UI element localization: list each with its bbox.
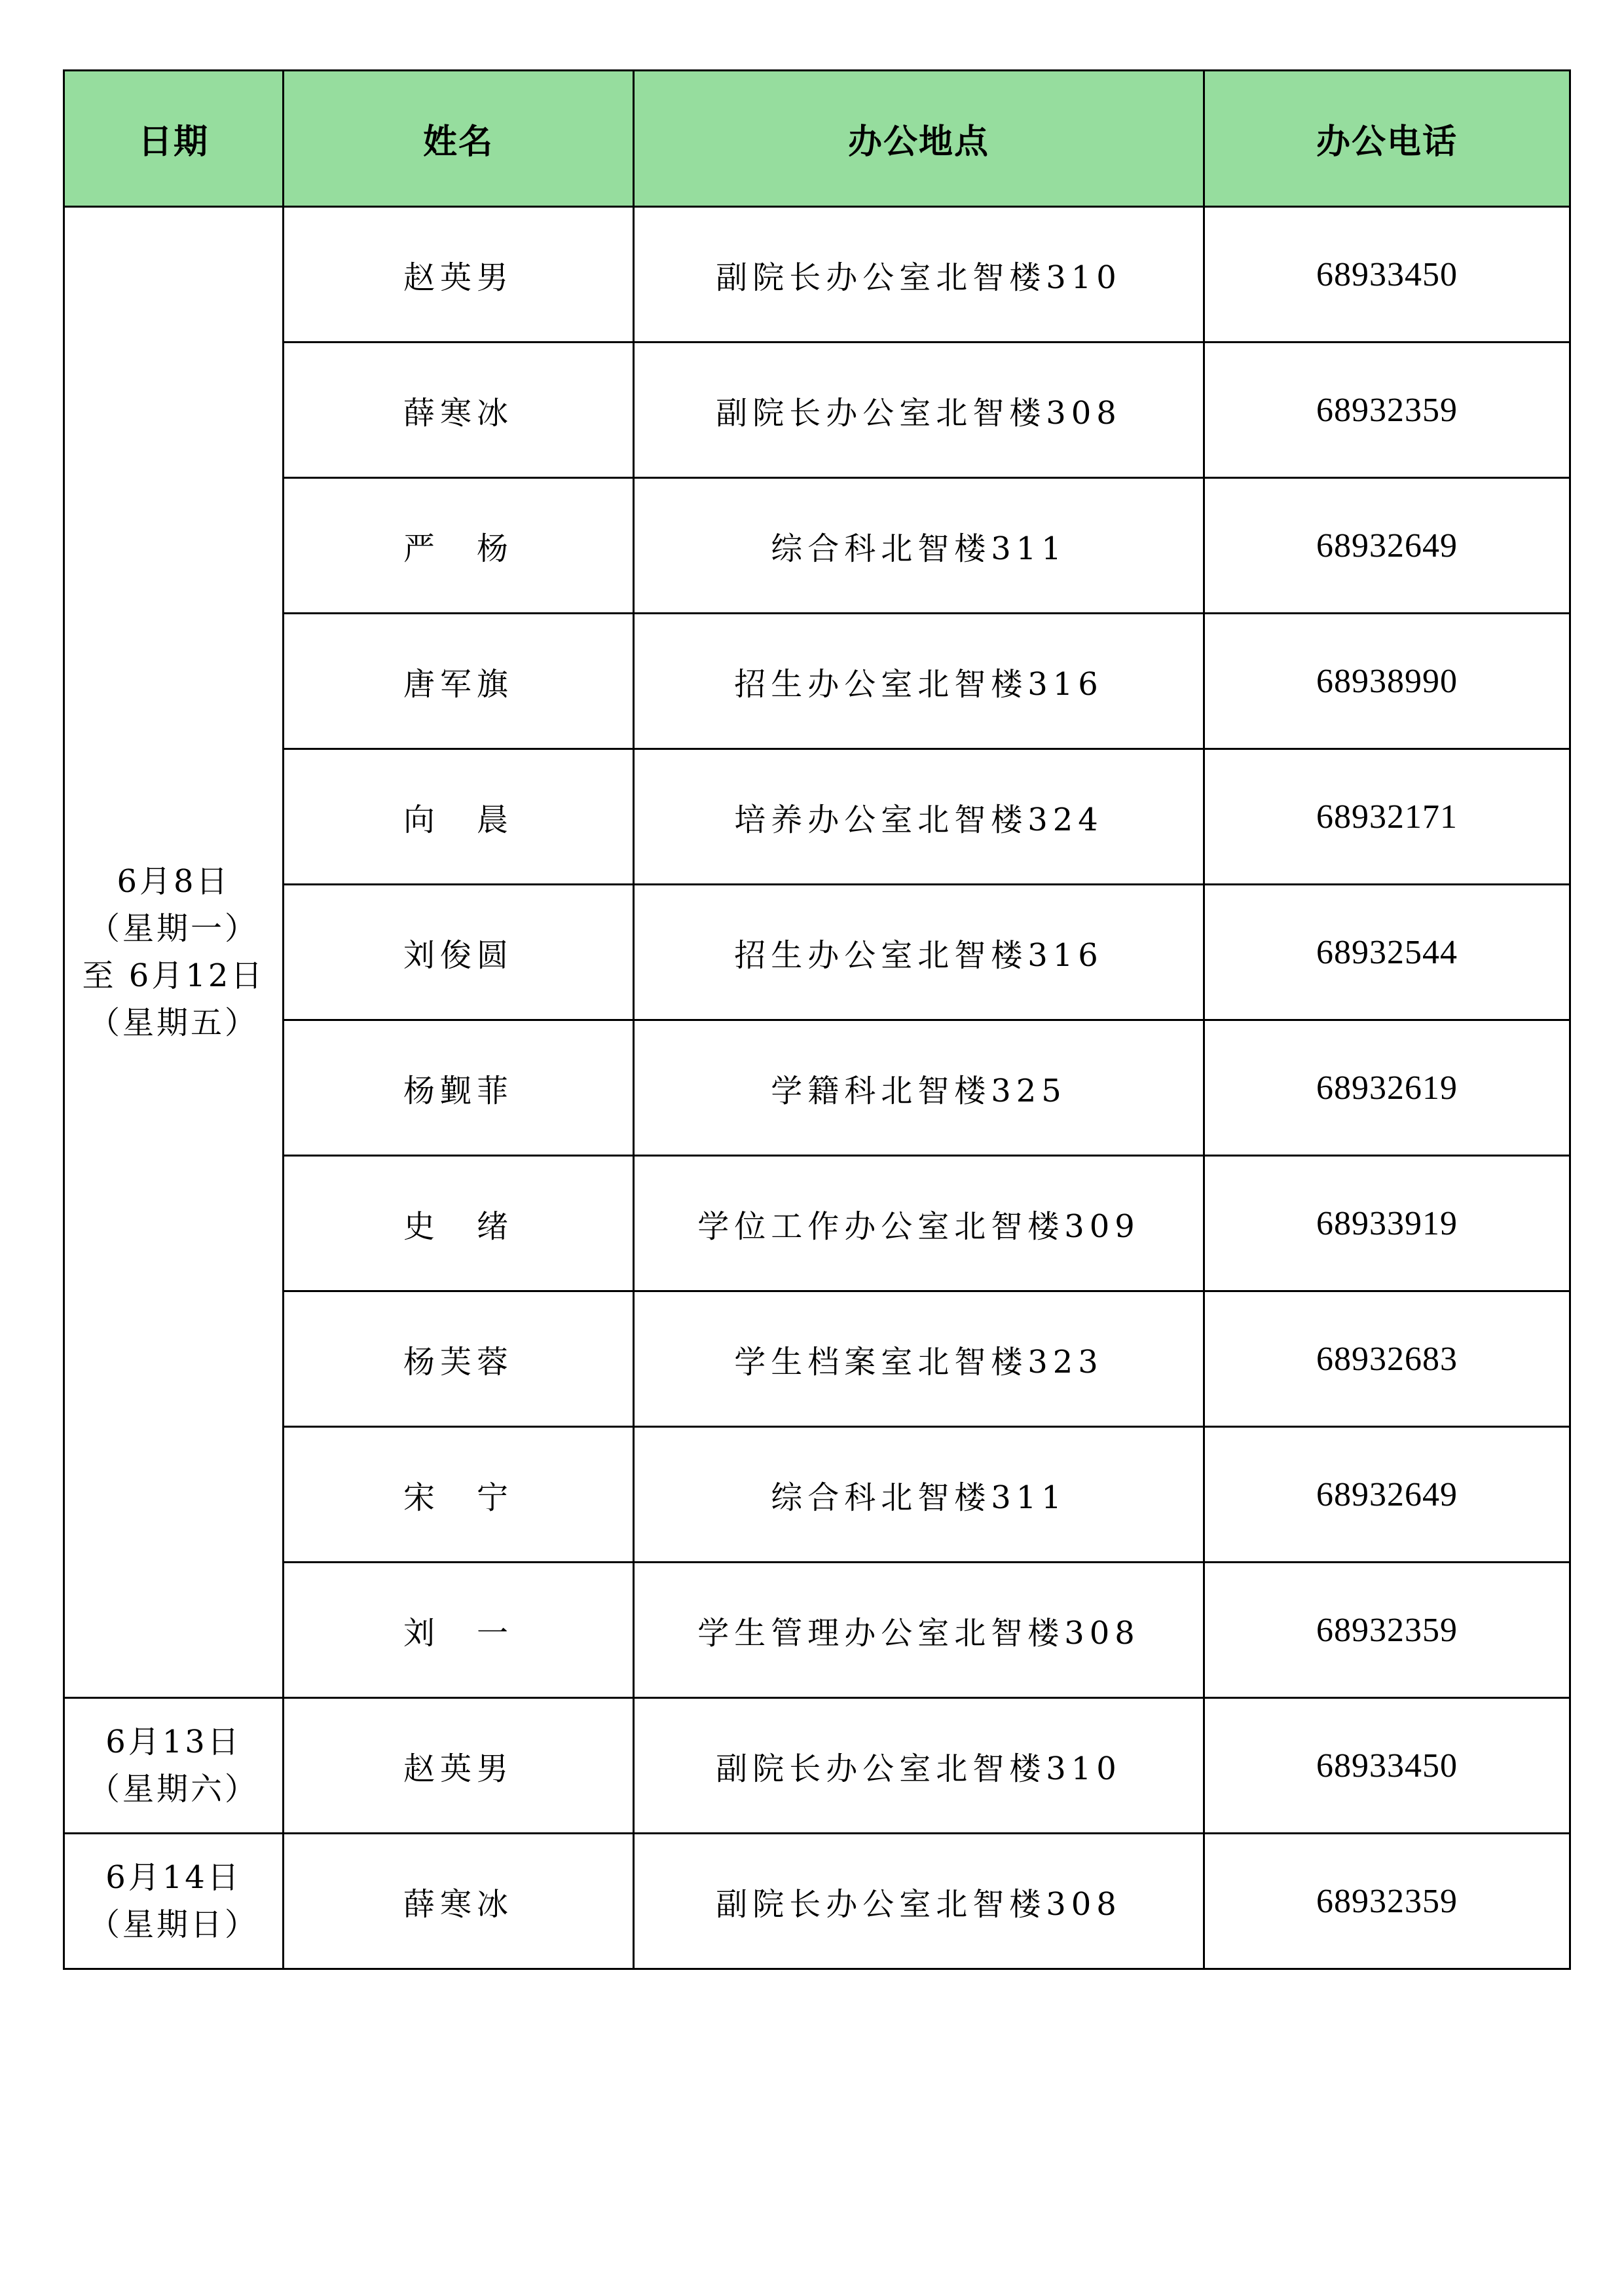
name-cell: 刘俊圆 — [284, 885, 634, 1020]
office-location: 副院长办公室北智楼308 — [716, 395, 1122, 432]
name-cell: 薛寒冰 — [284, 1834, 634, 1969]
phone-cell: 68932619 — [1204, 1020, 1570, 1156]
office-phone: 68932359 — [1316, 1883, 1458, 1920]
office-phone: 68932544 — [1316, 934, 1458, 971]
name-cell: 史 绪 — [284, 1156, 634, 1291]
location-cell: 招生办公室北智楼316 — [634, 885, 1204, 1020]
table-row: 刘 一 学生管理办公室北智楼308 68932359 — [64, 1563, 1570, 1698]
table-row: 6月8日 （星期一） 至 6月12日 （星期五） 赵英男 副院长办公室北智楼31… — [64, 207, 1570, 343]
name-cell: 刘 一 — [284, 1563, 634, 1698]
date-cell: 6月8日 （星期一） 至 6月12日 （星期五） — [64, 207, 284, 1698]
person-name: 薛寒冰 — [403, 1886, 513, 1923]
name-cell: 严 杨 — [284, 478, 634, 614]
name-cell: 宋 宁 — [284, 1427, 634, 1563]
phone-cell: 68938990 — [1204, 614, 1570, 749]
office-phone: 68933450 — [1316, 1747, 1458, 1785]
duty-schedule-table: 日期 姓名 办公地点 办公电话 6月8日 （星期一） 至 6月12日 （星期五）… — [63, 69, 1571, 1970]
location-cell: 副院长办公室北智楼308 — [634, 343, 1204, 478]
table-row: 薛寒冰 副院长办公室北智楼308 68932359 — [64, 343, 1570, 478]
location-cell: 副院长办公室北智楼310 — [634, 1698, 1204, 1834]
office-location: 学生档案室北智楼323 — [734, 1344, 1103, 1380]
person-name: 刘俊圆 — [403, 937, 513, 974]
location-cell: 学位工作办公室北智楼309 — [634, 1156, 1204, 1291]
name-cell: 赵英男 — [284, 207, 634, 343]
header-name: 姓名 — [284, 71, 634, 207]
phone-cell: 68932359 — [1204, 1563, 1570, 1698]
office-phone: 68932683 — [1316, 1341, 1458, 1378]
date-line: （星期一） — [65, 905, 282, 952]
office-phone: 68932171 — [1316, 798, 1458, 836]
office-phone: 68933450 — [1316, 256, 1458, 293]
name-cell: 杨觐菲 — [284, 1020, 634, 1156]
date-line: （星期五） — [65, 999, 282, 1046]
office-phone: 68932649 — [1316, 1476, 1458, 1513]
table-row: 唐军旗 招生办公室北智楼316 68938990 — [64, 614, 1570, 749]
date-line: 6月8日 — [65, 858, 282, 905]
location-cell: 综合科北智楼311 — [634, 1427, 1204, 1563]
office-phone: 68932359 — [1316, 1612, 1458, 1649]
name-cell: 唐军旗 — [284, 614, 634, 749]
table-row: 6月14日 （星期日） 薛寒冰 副院长办公室北智楼308 68932359 — [64, 1834, 1570, 1969]
location-cell: 副院长办公室北智楼310 — [634, 207, 1204, 343]
table-row: 杨芙蓉 学生档案室北智楼323 68932683 — [64, 1291, 1570, 1427]
table-row: 史 绪 学位工作办公室北智楼309 68933919 — [64, 1156, 1570, 1291]
table-row: 宋 宁 综合科北智楼311 68932649 — [64, 1427, 1570, 1563]
office-location: 副院长办公室北智楼308 — [716, 1886, 1122, 1923]
office-location: 综合科北智楼311 — [771, 1479, 1067, 1516]
person-name: 杨觐菲 — [403, 1073, 513, 1109]
location-cell: 副院长办公室北智楼308 — [634, 1834, 1204, 1969]
office-location: 学生管理办公室北智楼308 — [697, 1615, 1140, 1652]
location-cell: 学籍科北智楼325 — [634, 1020, 1204, 1156]
table-row: 6月13日 （星期六） 赵英男 副院长办公室北智楼310 68933450 — [64, 1698, 1570, 1834]
phone-cell: 68932171 — [1204, 749, 1570, 885]
person-name: 史 绪 — [403, 1208, 513, 1245]
location-cell: 学生档案室北智楼323 — [634, 1291, 1204, 1427]
phone-cell: 68933450 — [1204, 207, 1570, 343]
person-name: 赵英男 — [403, 1750, 513, 1787]
location-cell: 学生管理办公室北智楼308 — [634, 1563, 1204, 1698]
office-phone: 68932359 — [1316, 392, 1458, 429]
name-cell: 杨芙蓉 — [284, 1291, 634, 1427]
location-cell: 培养办公室北智楼324 — [634, 749, 1204, 885]
name-cell: 赵英男 — [284, 1698, 634, 1834]
table-header: 日期 姓名 办公地点 办公电话 — [64, 71, 1570, 207]
phone-cell: 68933450 — [1204, 1698, 1570, 1834]
office-location: 招生办公室北智楼316 — [734, 666, 1103, 703]
office-location: 副院长办公室北智楼310 — [716, 259, 1122, 296]
phone-cell: 68932544 — [1204, 885, 1570, 1020]
header-date: 日期 — [64, 71, 284, 207]
phone-cell: 68932683 — [1204, 1291, 1570, 1427]
office-location: 副院长办公室北智楼310 — [716, 1750, 1122, 1787]
table-row: 严 杨 综合科北智楼311 68932649 — [64, 478, 1570, 614]
person-name: 唐军旗 — [403, 666, 513, 703]
date-line: 至 6月12日 — [65, 952, 282, 999]
phone-cell: 68932649 — [1204, 478, 1570, 614]
person-name: 宋 宁 — [403, 1479, 513, 1516]
date-cell: 6月13日 （星期六） — [64, 1698, 284, 1834]
date-line: 6月14日 — [65, 1854, 282, 1901]
date-line: 6月13日 — [65, 1718, 282, 1766]
location-cell: 综合科北智楼311 — [634, 478, 1204, 614]
person-name: 向 晨 — [403, 802, 513, 838]
office-location: 学位工作办公室北智楼309 — [697, 1208, 1140, 1245]
person-name: 杨芙蓉 — [403, 1344, 513, 1380]
person-name: 严 杨 — [403, 530, 513, 567]
office-location: 培养办公室北智楼324 — [734, 802, 1103, 838]
office-location: 学籍科北智楼325 — [771, 1073, 1067, 1109]
phone-cell: 68932649 — [1204, 1427, 1570, 1563]
office-phone: 68932619 — [1316, 1069, 1458, 1107]
phone-cell: 68933919 — [1204, 1156, 1570, 1291]
table-body: 6月8日 （星期一） 至 6月12日 （星期五） 赵英男 副院长办公室北智楼31… — [64, 207, 1570, 1969]
date-line: （星期日） — [65, 1901, 282, 1948]
office-phone: 68933919 — [1316, 1205, 1458, 1242]
location-cell: 招生办公室北智楼316 — [634, 614, 1204, 749]
table-row: 向 晨 培养办公室北智楼324 68932171 — [64, 749, 1570, 885]
table-row: 刘俊圆 招生办公室北智楼316 68932544 — [64, 885, 1570, 1020]
date-cell: 6月14日 （星期日） — [64, 1834, 284, 1969]
header-location: 办公地点 — [634, 71, 1204, 207]
person-name: 薛寒冰 — [403, 395, 513, 432]
person-name: 刘 一 — [403, 1615, 513, 1652]
office-location: 综合科北智楼311 — [771, 530, 1067, 567]
phone-cell: 68932359 — [1204, 1834, 1570, 1969]
table-row: 杨觐菲 学籍科北智楼325 68932619 — [64, 1020, 1570, 1156]
name-cell: 薛寒冰 — [284, 343, 634, 478]
person-name: 赵英男 — [403, 259, 513, 296]
header-row: 日期 姓名 办公地点 办公电话 — [64, 71, 1570, 207]
office-phone: 68932649 — [1316, 527, 1458, 565]
name-cell: 向 晨 — [284, 749, 634, 885]
office-location: 招生办公室北智楼316 — [734, 937, 1103, 974]
header-phone: 办公电话 — [1204, 71, 1570, 207]
office-phone: 68938990 — [1316, 663, 1458, 700]
date-line: （星期六） — [65, 1766, 282, 1813]
phone-cell: 68932359 — [1204, 343, 1570, 478]
